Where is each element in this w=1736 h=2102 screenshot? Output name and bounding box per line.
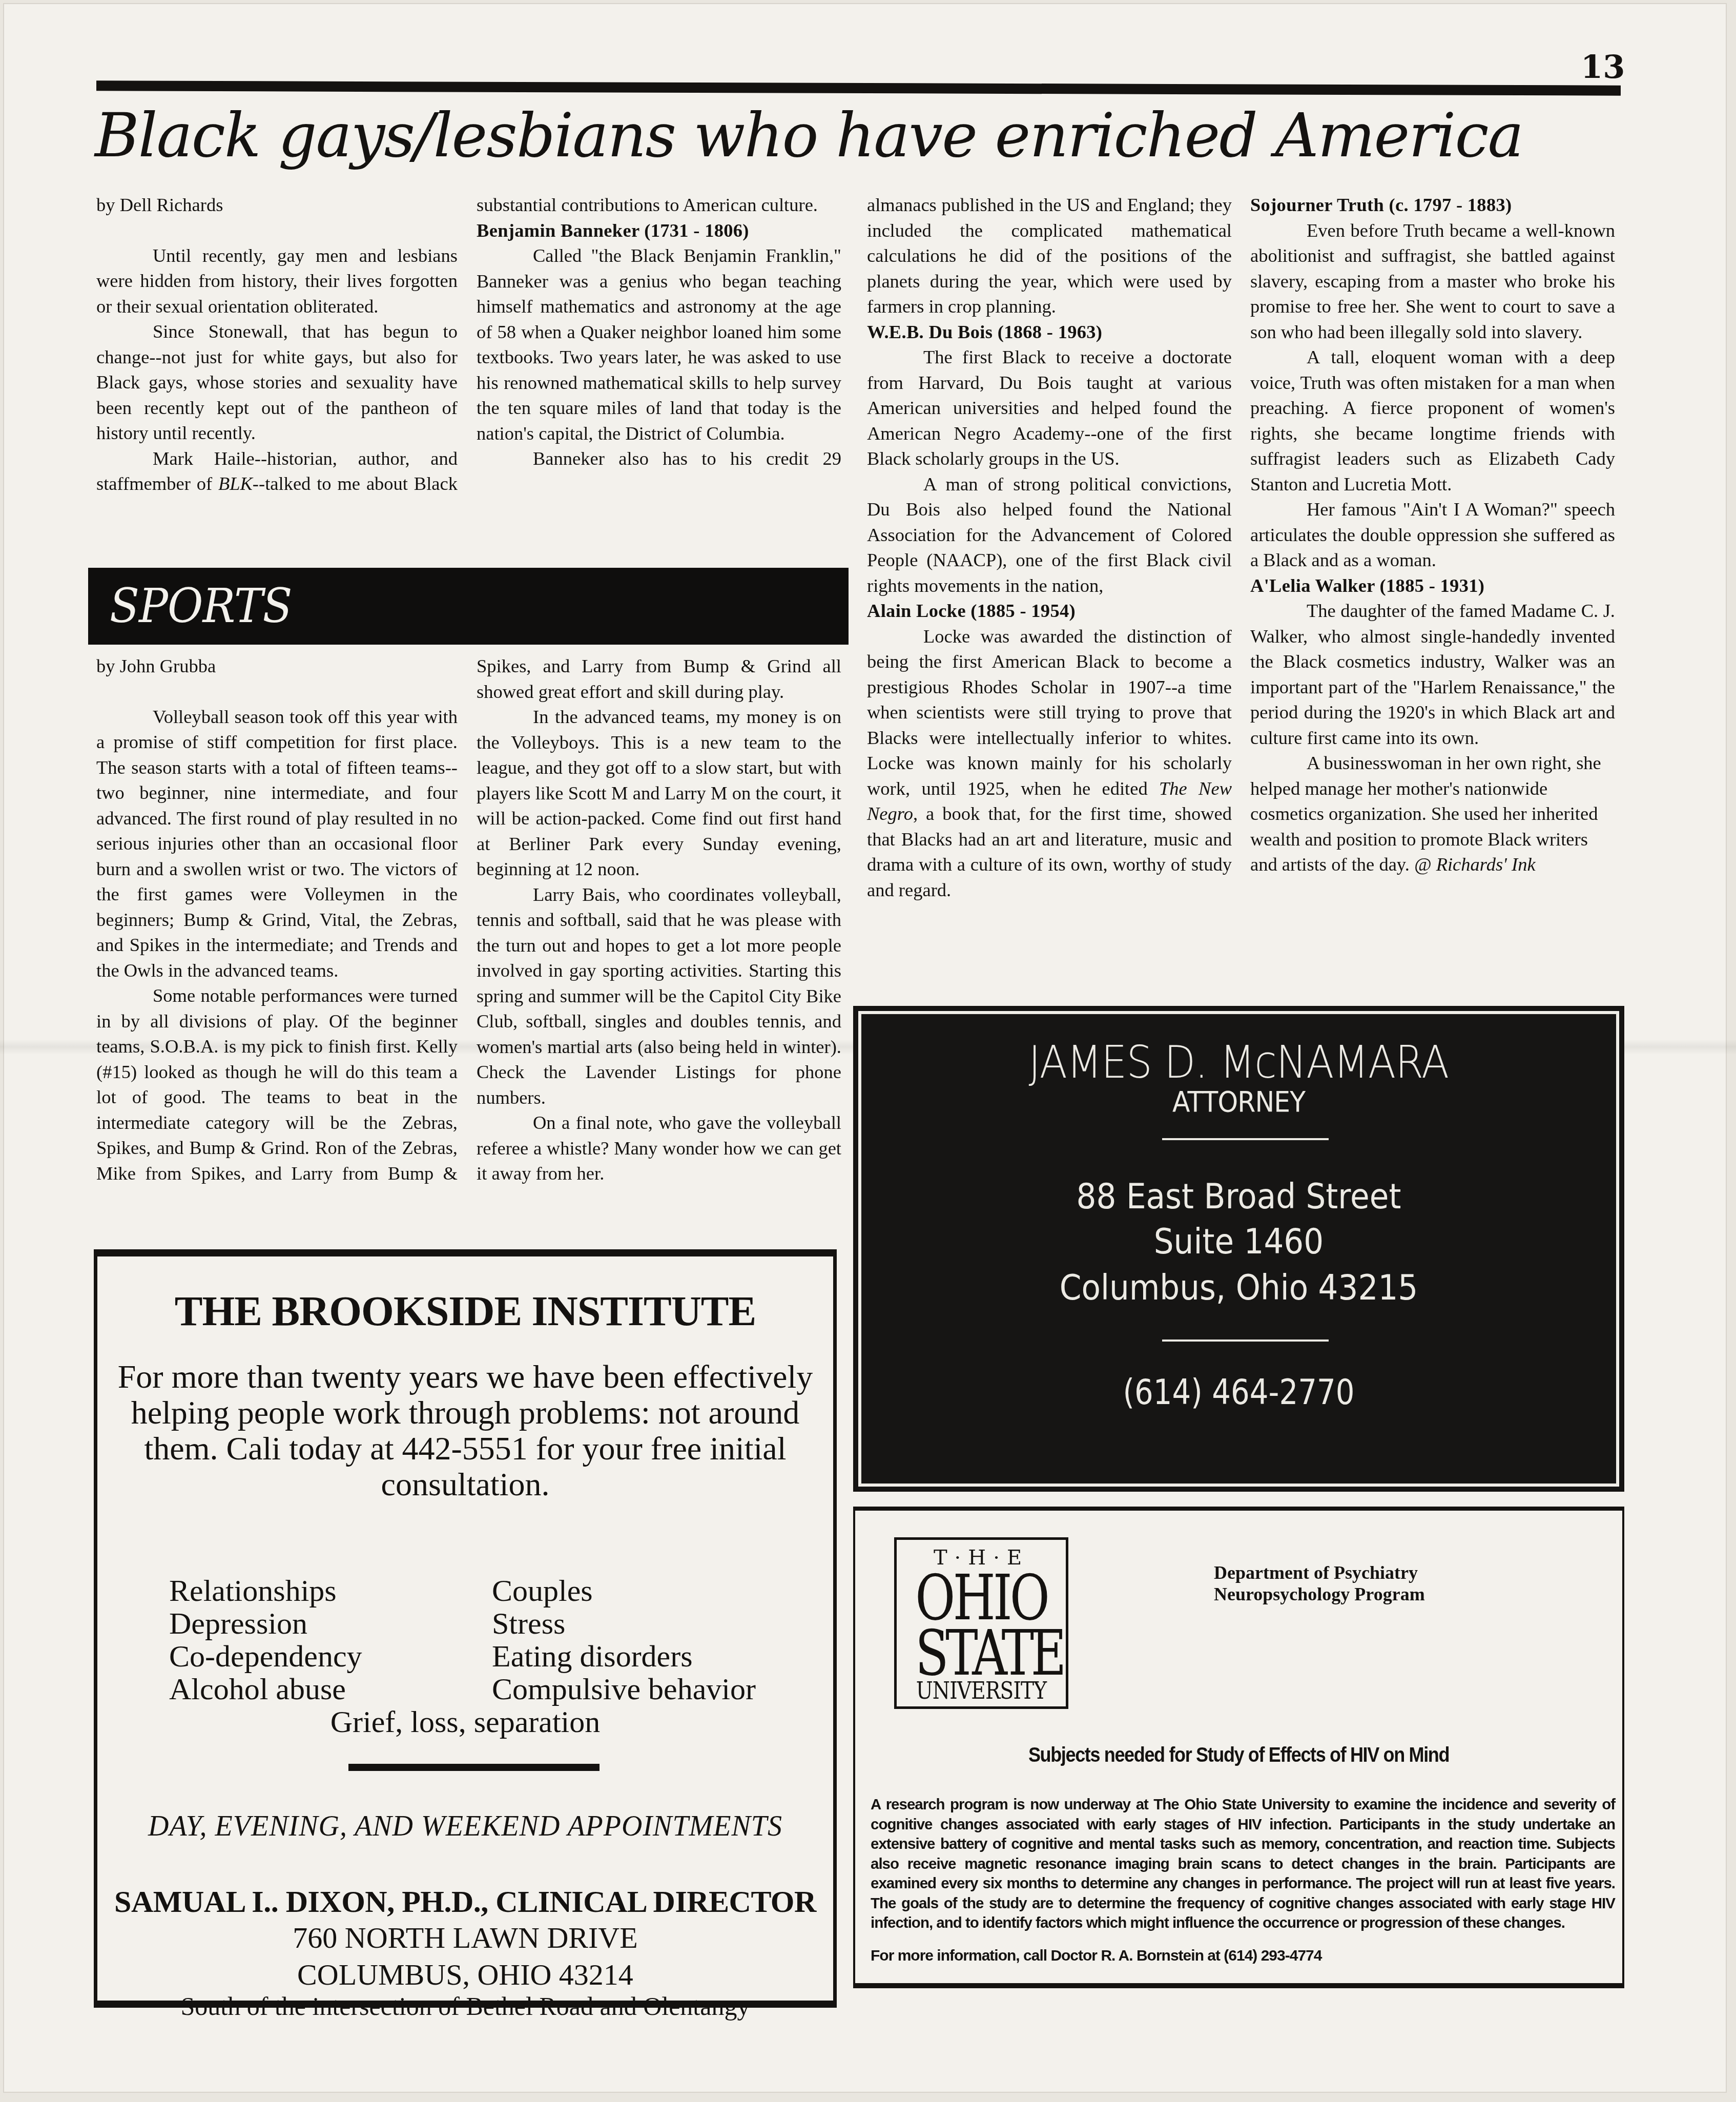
services-left-column: Relationships Depression Co-dependency A… — [169, 1574, 362, 1705]
services-list: Relationships Depression Co-dependency A… — [97, 1574, 833, 1748]
article-paragraph: A tall, eloquent woman with a deep voice… — [1250, 344, 1615, 497]
study-title: Subjects needed for Study of Effects of … — [894, 1744, 1584, 1767]
contact-info: For more information, call Doctor R. A. … — [871, 1947, 1321, 1965]
logo-state: STATE — [915, 1622, 1047, 1684]
sports-paragraph-continued: Spikes, and Larry from Bump & Grind all … — [477, 653, 841, 704]
article-paragraph-continued: almanacs published in the US and England… — [867, 192, 1232, 319]
sports-paragraph: In the advanced teams, my money is on th… — [477, 704, 841, 882]
service-item: Depression — [169, 1607, 362, 1640]
ad-blurb: For more than twenty years we have been … — [102, 1359, 828, 1502]
services-right-column: Couples Stress Eating disorders Compulsi… — [492, 1574, 756, 1705]
clinical-director: SAMUAL I.. DIXON, PH.D., CLINICAL DIRECT… — [97, 1884, 833, 1920]
service-item: Couples — [492, 1574, 756, 1607]
sports-column-2: Spikes, and Larry from Bump & Grind all … — [477, 653, 841, 1186]
address-street: 88 East Broad Street — [893, 1177, 1584, 1217]
article-column-1: by Dell Richards Until recently, gay men… — [96, 192, 458, 497]
article-byline: by Dell Richards — [96, 192, 458, 218]
service-item: Alcohol abuse — [169, 1673, 362, 1705]
study-description: A research program is now underway at Th… — [871, 1795, 1615, 1933]
ad-divider — [1162, 1138, 1329, 1140]
section-heading: Sojourner Truth (c. 1797 - 1883) — [1250, 192, 1615, 218]
sports-byline: by John Grubba — [96, 653, 458, 679]
osu-logo: T·H·E OHIO STATE UNIVERSITY — [894, 1537, 1068, 1709]
section-heading: Alain Locke (1885 - 1954) — [867, 598, 1232, 624]
ad-divider — [348, 1764, 600, 1771]
ad-divider — [1162, 1339, 1329, 1342]
sports-paragraph: Some notable performances were turned in… — [96, 983, 458, 1186]
sports-section-banner: SPORTS — [88, 568, 849, 645]
service-item: Grief, loss, separation — [97, 1705, 833, 1738]
attorney-ad: JAMES D. McNAMARA ATTORNEY 88 East Broad… — [853, 1006, 1624, 1492]
sports-paragraph: Volleyball season took off this year wit… — [96, 704, 458, 983]
article-paragraph: Her famous "Ain't I A Woman?" speech art… — [1250, 497, 1615, 573]
article-paragraph: A man of strong political convictions, D… — [867, 471, 1232, 599]
address-city: COLUMBUS, OHIO 43214 — [97, 1957, 833, 1992]
logo-university: UNIVERSITY — [910, 1677, 1053, 1704]
sports-paragraph: On a final note, who gave the volleyball… — [477, 1110, 841, 1186]
article-column-2: substantial contributions to American cu… — [477, 192, 841, 471]
attorney-name: JAMES D. McNAMARA — [893, 1036, 1584, 1088]
article-headline: Black gays/lesbians who have enriched Am… — [95, 102, 1632, 169]
attorney-title: ATTORNEY — [893, 1085, 1584, 1119]
copyright-credit: @ Richards' Ink — [1414, 854, 1536, 875]
article-paragraph: The first Black to receive a doctorate f… — [867, 344, 1232, 471]
article-paragraph-continued: substantial contributions to American cu… — [477, 192, 841, 218]
article-paragraph: Banneker also has to his credit 29 alman… — [477, 446, 841, 471]
section-heading: Benjamin Banneker (1731 - 1806) — [477, 218, 841, 243]
service-item: Stress — [492, 1607, 756, 1640]
sports-column-1: by John Grubba Volleyball season took of… — [96, 653, 458, 1186]
article-paragraph: A businesswoman in her own right, she he… — [1250, 750, 1615, 877]
service-item: Compulsive behavior — [492, 1673, 756, 1705]
phone-number: (614) 464-2770 — [912, 1372, 1565, 1413]
osu-study-ad: T·H·E OHIO STATE UNIVERSITY Department o… — [853, 1507, 1624, 1988]
brookside-institute-ad: THE BROOKSIDE INSTITUTE For more than tw… — [94, 1249, 837, 2008]
article-column-3: almanacs published in the US and England… — [867, 192, 1232, 902]
address-city: Columbus, Ohio 43215 — [893, 1268, 1584, 1308]
article-paragraph: The daughter of the famed Madame C. J. W… — [1250, 598, 1615, 750]
service-item: Relationships — [169, 1574, 362, 1607]
article-column-4: Sojourner Truth (c. 1797 - 1883) Even be… — [1250, 192, 1615, 877]
article-paragraph: Locke was awarded the distinction of bei… — [867, 624, 1232, 903]
section-heading: A'Lelia Walker (1885 - 1931) — [1250, 573, 1615, 599]
service-item: Eating disorders — [492, 1640, 756, 1673]
page-number: 13 — [1581, 51, 1625, 83]
service-item: Co-dependency — [169, 1640, 362, 1673]
article-paragraph: Even before Truth became a well-known ab… — [1250, 218, 1615, 345]
article-paragraph: Called "the Black Benjamin Franklin," Ba… — [477, 243, 841, 446]
ad-title: THE BROOKSIDE INSTITUTE — [97, 1287, 833, 1335]
article-paragraph: Mark Haile--historian, author, and staff… — [96, 446, 458, 497]
department-name: Department of Psychiatry Neuropsychology… — [1214, 1562, 1425, 1605]
address-street: 760 NORTH LAWN DRIVE — [97, 1921, 833, 1955]
article-paragraph: Until recently, gay men and lesbians wer… — [96, 243, 458, 319]
address-suite: Suite 1460 — [893, 1222, 1584, 1262]
sports-paragraph: Larry Bais, who coordinates volleyball, … — [477, 882, 841, 1110]
directions-note: South of the intersection of Bethel Road… — [97, 1991, 833, 2021]
publication-name: BLK — [218, 473, 253, 494]
sports-banner-label: SPORTS — [110, 578, 292, 634]
article-paragraph: Since Stonewall, that has begun to chang… — [96, 319, 458, 446]
appointments-note: DAY, EVENING, AND WEEKEND APPOINTMENTS — [97, 1810, 833, 1843]
section-heading: W.E.B. Du Bois (1868 - 1963) — [867, 319, 1232, 345]
